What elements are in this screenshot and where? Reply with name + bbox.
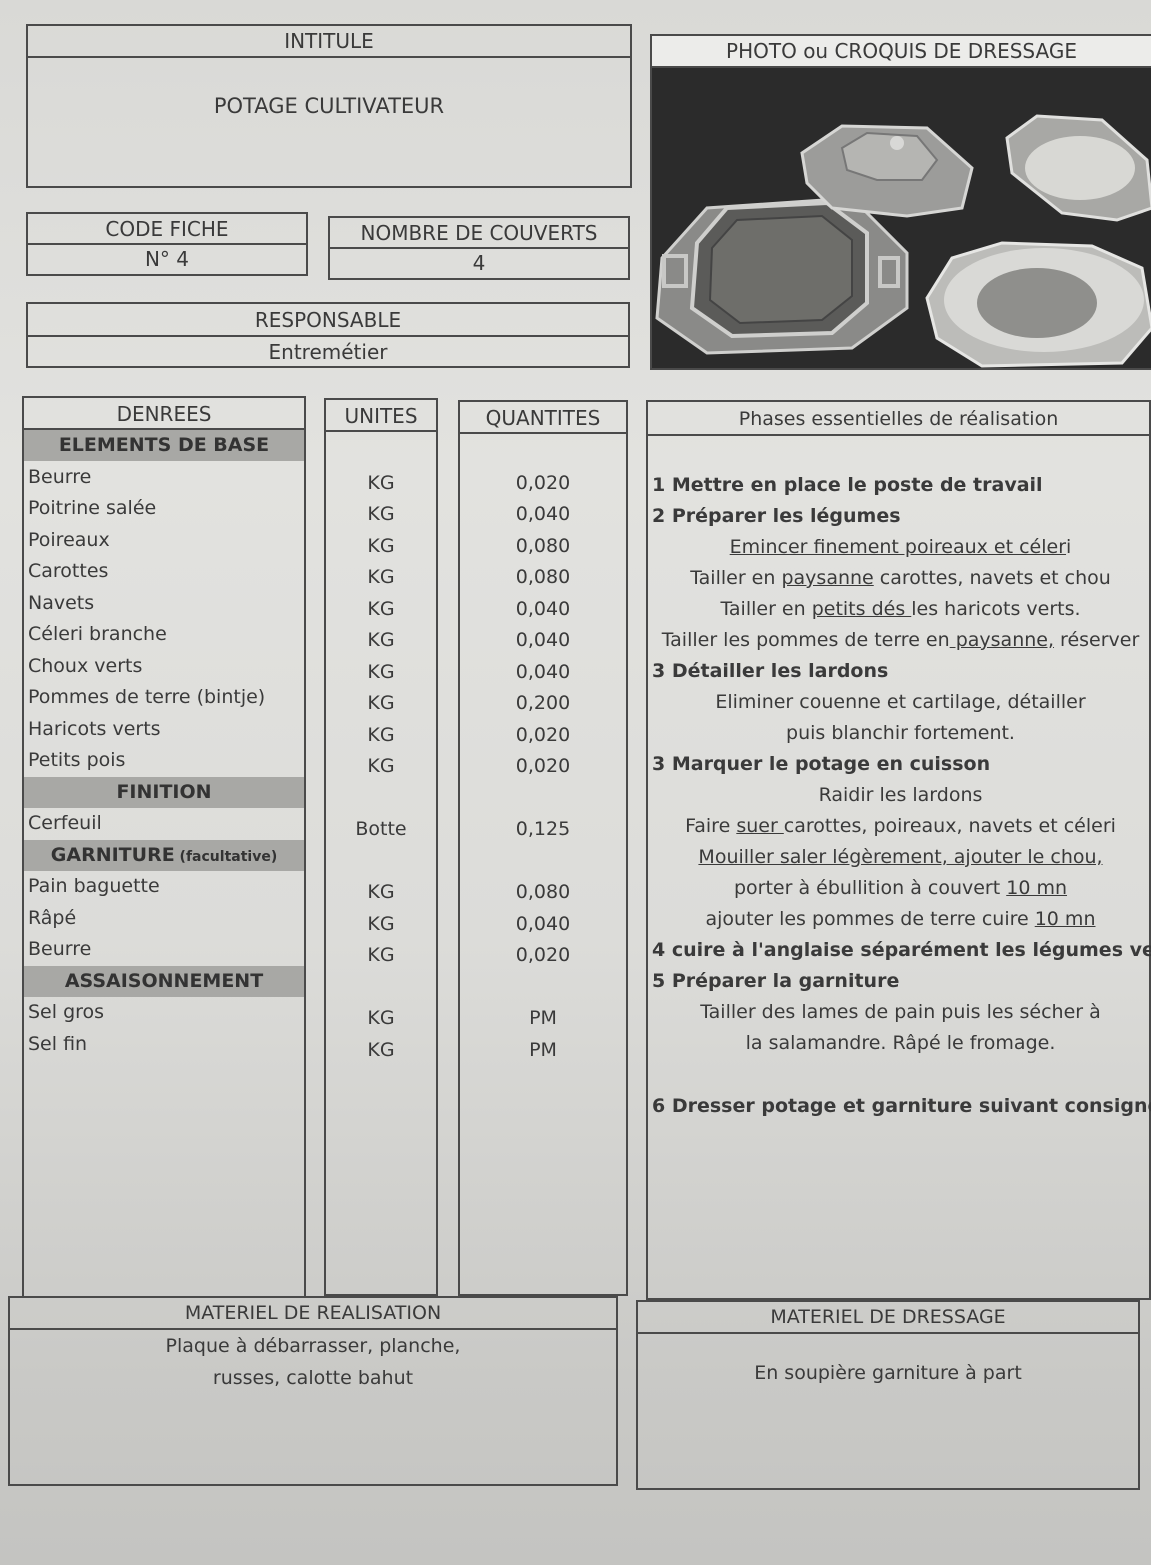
ingredient-qty: 0,200	[460, 688, 626, 719]
phase-detail: puis blanchir fortement.	[652, 718, 1149, 748]
ingredient-unit: KG	[326, 720, 436, 751]
materiel-dressage-label: MATERIEL DE DRESSAGE	[638, 1302, 1138, 1334]
ingredient-qty: 0,020	[460, 468, 626, 499]
unites-header: UNITES	[326, 400, 436, 432]
ingredient-name: Poitrine salée	[24, 493, 304, 524]
materiel-dressage-value: En soupière garniture à part	[638, 1362, 1138, 1384]
ingredient-unit: KG	[326, 909, 436, 940]
phase-detail: Mouiller saler légèrement, ajouter le ch…	[652, 842, 1149, 872]
responsable-value: Entremétier	[28, 337, 628, 367]
ingredient-qty: 0,080	[460, 562, 626, 593]
photo-box: PHOTO ou CROQUIS DE DRESSAGE	[650, 34, 1151, 370]
quantites-column: QUANTITES 0,0200,0400,0800,0800,0400,040…	[458, 400, 628, 1296]
intitule-label: INTITULE	[28, 26, 630, 58]
phase-detail: Faire suer carottes, poireaux, navets et…	[652, 811, 1149, 841]
ingredient-unit: Botte	[326, 814, 436, 845]
category-note: (facultative)	[175, 849, 278, 865]
phase-detail: Tailler les pommes de terre en paysanne,…	[652, 625, 1149, 655]
ingredient-qty: 0,040	[460, 625, 626, 656]
materiel-realisation-label: MATERIEL DE REALISATION	[10, 1298, 616, 1330]
phase-step: 5 Préparer la garniture	[652, 966, 1149, 996]
ingredient-qty: 0,040	[460, 594, 626, 625]
phase-detail: Raidir les lardons	[652, 780, 1149, 810]
materiel-realisation-line-2: russes, calotte bahut	[10, 1362, 616, 1394]
phase-detail: ajouter les pommes de terre cuire 10 mn	[652, 904, 1149, 934]
responsable-label: RESPONSABLE	[28, 304, 628, 337]
ingredient-qty: 0,080	[460, 531, 626, 562]
ingredient-qty: PM	[460, 1035, 626, 1066]
intitule-box: INTITULE POTAGE CULTIVATEUR	[26, 24, 632, 188]
ingredient-unit: KG	[326, 1035, 436, 1066]
materiel-realisation-line-1: Plaque à débarrasser, planche,	[10, 1330, 616, 1362]
phase-detail: la salamandre. Râpé le fromage.	[652, 1028, 1149, 1058]
ingredient-name: Haricots verts	[24, 714, 304, 745]
phase-step: 1 Mettre en place le poste de travail	[652, 470, 1149, 500]
recipe-title: POTAGE CULTIVATEUR	[28, 94, 630, 118]
ingredient-qty: 0,020	[460, 751, 626, 782]
category-header: ELEMENTS DE BASE	[24, 430, 304, 461]
quantites-header: QUANTITES	[460, 402, 626, 434]
ingredient-name: Sel fin	[24, 1029, 304, 1060]
ingredient-qty: PM	[460, 1003, 626, 1034]
dressage-photo	[652, 68, 1151, 368]
ingredient-unit: KG	[326, 594, 436, 625]
phase-step: 4 cuire à l'anglaise séparément les légu…	[652, 935, 1149, 965]
ingredient-qty: 0,020	[460, 940, 626, 971]
materiel-dressage-box: MATERIEL DE DRESSAGE En soupière garnitu…	[636, 1300, 1140, 1490]
ingredient-unit: KG	[326, 468, 436, 499]
phase-detail: Tailler des lames de pain puis les séche…	[652, 997, 1149, 1027]
ingredient-name: Pommes de terre (bintje)	[24, 682, 304, 713]
soup-tureen-image	[652, 68, 1151, 368]
ingredient-unit: KG	[326, 1003, 436, 1034]
ingredient-qty: 0,040	[460, 909, 626, 940]
category-header: FINITION	[24, 777, 304, 808]
ingredient-unit: KG	[326, 940, 436, 971]
ingredient-name: Choux verts	[24, 651, 304, 682]
unites-column: UNITES KGKGKGKGKGKGKGKGKGKGBotteKGKGKGKG…	[324, 398, 438, 1296]
couverts-label: NOMBRE DE COUVERTS	[330, 218, 628, 249]
ingredient-name: Poireaux	[24, 525, 304, 556]
ingredient-name: Sel gros	[24, 997, 304, 1028]
denrees-column: DENREES ELEMENTS DE BASEBeurrePoitrine s…	[22, 396, 306, 1296]
ingredient-name: Carottes	[24, 556, 304, 587]
ingredient-unit: KG	[326, 657, 436, 688]
phase-detail: Tailler en petits dés les haricots verts…	[652, 594, 1149, 624]
ingredient-unit: KG	[326, 688, 436, 719]
ingredient-name: Râpé	[24, 903, 304, 934]
ingredient-unit: KG	[326, 877, 436, 908]
photo-label: PHOTO ou CROQUIS DE DRESSAGE	[652, 36, 1151, 68]
phase-detail: porter à ébullition à couvert 10 mn	[652, 873, 1149, 903]
ingredient-name: Céleri branche	[24, 619, 304, 650]
ingredient-unit: KG	[326, 531, 436, 562]
code-fiche-value: N° 4	[28, 245, 306, 273]
phase-detail: Eliminer couenne et cartilage, détailler	[652, 687, 1149, 717]
phases-box: Phases essentielles de réalisation 1 Met…	[646, 400, 1151, 1300]
code-fiche-label: CODE FICHE	[28, 214, 306, 245]
ingredient-qty: 0,020	[460, 720, 626, 751]
ingredient-name: Petits pois	[24, 745, 304, 776]
denrees-header: DENREES	[24, 398, 304, 430]
couverts-value: 4	[330, 249, 628, 277]
ingredient-qty: 0,040	[460, 499, 626, 530]
category-header: ASSAISONNEMENT	[24, 966, 304, 997]
ingredient-qty: 0,080	[460, 877, 626, 908]
phase-detail: Emincer finement poireaux et céleri	[652, 532, 1149, 562]
phase-step: 6 Dresser potage et garniture suivant co…	[652, 1091, 1149, 1121]
ingredient-unit: KG	[326, 499, 436, 530]
materiel-realisation-box: MATERIEL DE REALISATION Plaque à débarra…	[8, 1296, 618, 1486]
code-fiche-box: CODE FICHE N° 4	[26, 212, 308, 276]
ingredient-qty: 0,040	[460, 657, 626, 688]
phase-step: 3 Détailler les lardons	[652, 656, 1149, 686]
ingredient-name: Beurre	[24, 462, 304, 493]
ingredient-unit: KG	[326, 625, 436, 656]
ingredient-unit: KG	[326, 562, 436, 593]
phases-header: Phases essentielles de réalisation	[648, 402, 1149, 436]
category-header: GARNITURE (facultative)	[24, 840, 304, 871]
ingredient-name: Pain baguette	[24, 871, 304, 902]
phase-step: 3 Marquer le potage en cuisson	[652, 749, 1149, 779]
ingredient-name: Cerfeuil	[24, 808, 304, 839]
ingredient-name: Navets	[24, 588, 304, 619]
ingredient-qty: 0,125	[460, 814, 626, 845]
phase-detail: Tailler en paysanne carottes, navets et …	[652, 563, 1149, 593]
responsable-box: RESPONSABLE Entremétier	[26, 302, 630, 368]
phase-step: 2 Préparer les légumes	[652, 501, 1149, 531]
ingredient-name: Beurre	[24, 934, 304, 965]
ingredient-unit: KG	[326, 751, 436, 782]
couverts-box: NOMBRE DE COUVERTS 4	[328, 216, 630, 280]
